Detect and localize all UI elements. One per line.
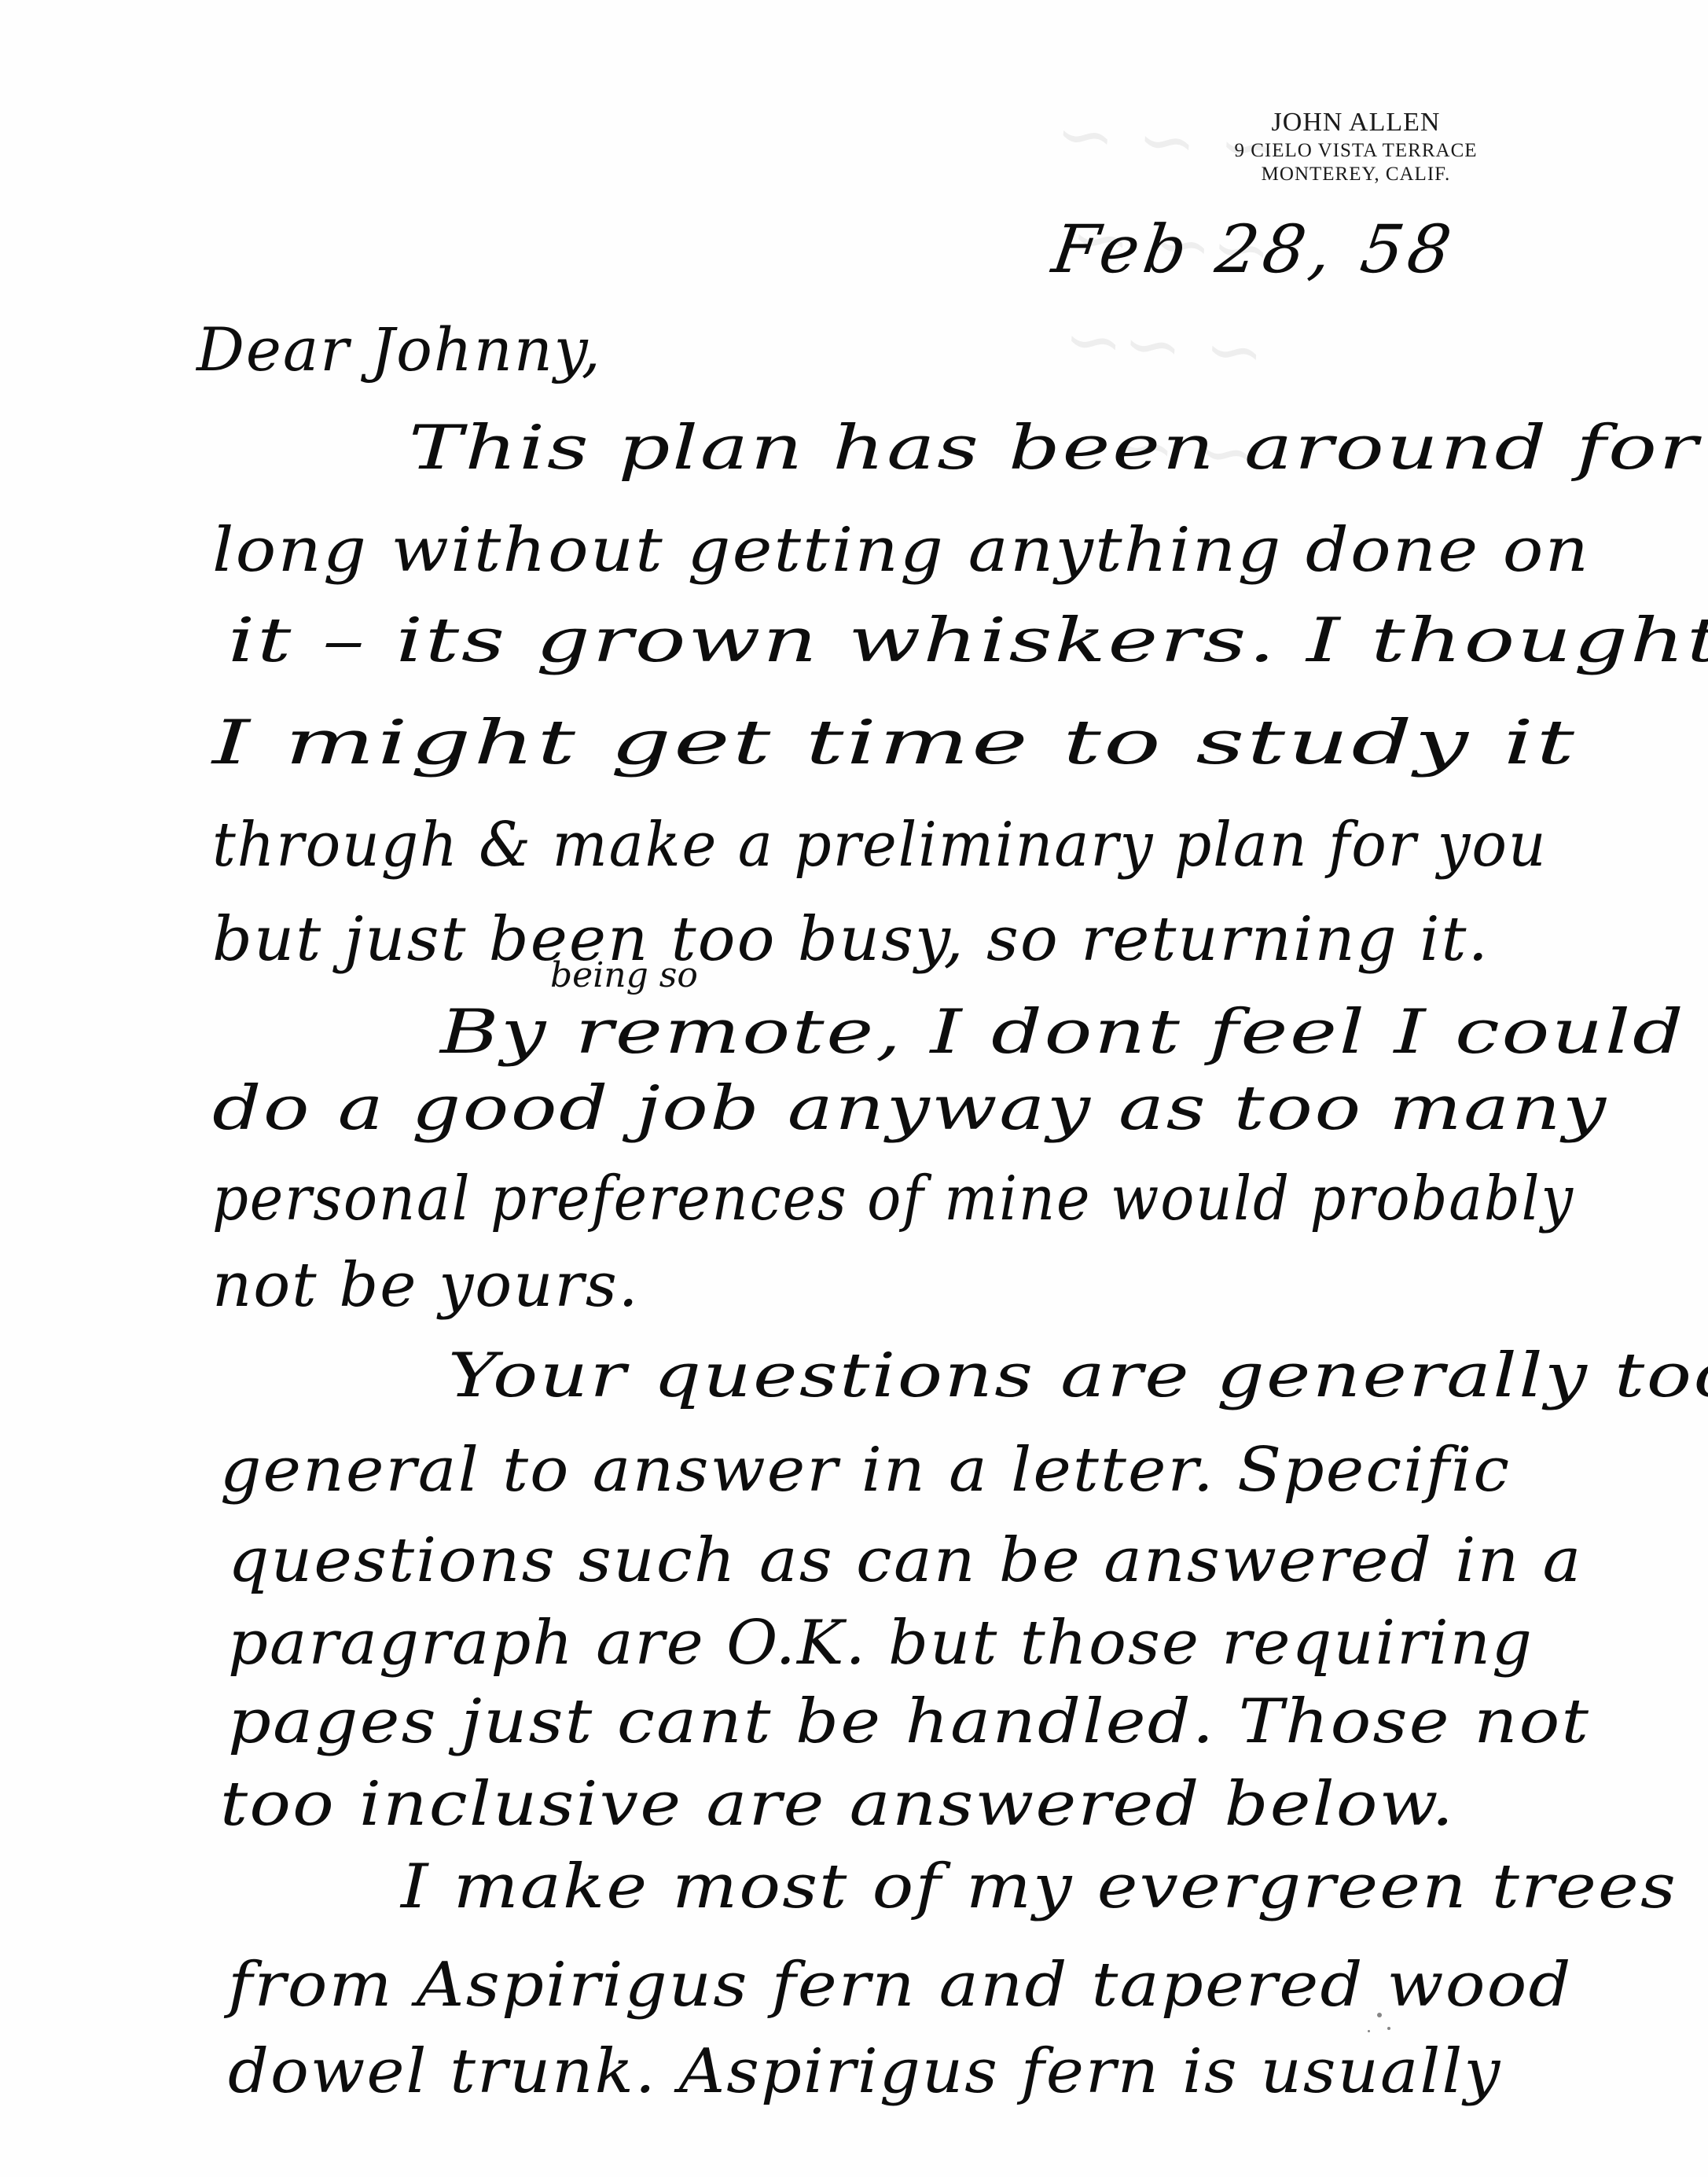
body-line: it – its grown whiskers. I thought: [228, 605, 1708, 676]
letterhead-name: JOHN ALLEN: [1179, 107, 1533, 139]
body-line: general to answer in a letter. Specific: [220, 1435, 1511, 1506]
body-line: do a good job anyway as too many: [212, 1073, 1608, 1144]
body-line: Your questions are generally too: [448, 1340, 1708, 1411]
body-line: not be yours.: [212, 1250, 640, 1321]
body-line: dowel trunk. Aspirigus fern is usually: [228, 2036, 1501, 2107]
body-line: too inclusive are answered below.: [220, 1769, 1455, 1840]
letterhead-address-street: 9 CIELO VISTA TERRACE: [1179, 139, 1533, 163]
body-line: through & make a preliminary plan for yo…: [212, 810, 1547, 881]
body-line: I might get time to study it: [212, 708, 1577, 778]
scan-speck: [1377, 2013, 1382, 2017]
body-line: questions such as can be answered in a: [228, 1525, 1582, 1596]
body-line: but just been too busy, so returning it.: [212, 904, 1489, 975]
salutation: Dear Johnny,: [197, 314, 602, 384]
letterhead: JOHN ALLEN 9 CIELO VISTA TERRACE MONTERE…: [1179, 107, 1533, 186]
body-line: I make most of my evergreen trees: [401, 1852, 1677, 1922]
letterhead-address-city: MONTEREY, CALIF.: [1179, 163, 1533, 186]
scan-speck: [1387, 2027, 1390, 2030]
body-line: pages just cant be handled. Those not: [228, 1686, 1590, 1757]
body-line: personal preferences of mine would proba…: [212, 1164, 1574, 1234]
body-line: paragraph are O.K. but those requiring: [228, 1608, 1534, 1679]
body-line: By remote, I dont feel I could: [440, 997, 1685, 1068]
interlinear-insertion: being so: [550, 955, 698, 995]
body-line: long without getting anything done on: [212, 515, 1590, 586]
body-line: from Aspirigus fern and tapered wood: [228, 1950, 1573, 2021]
letter-page: ~ ~ ~~~ ~~ ~~~ ~ JOHN ALLEN 9 CIELO VIST…: [0, 0, 1708, 2177]
body-line: This plan has been around for so: [409, 413, 1708, 484]
scan-speck: [1368, 2030, 1370, 2032]
letter-date: Feb 28, 58: [1048, 211, 1460, 288]
